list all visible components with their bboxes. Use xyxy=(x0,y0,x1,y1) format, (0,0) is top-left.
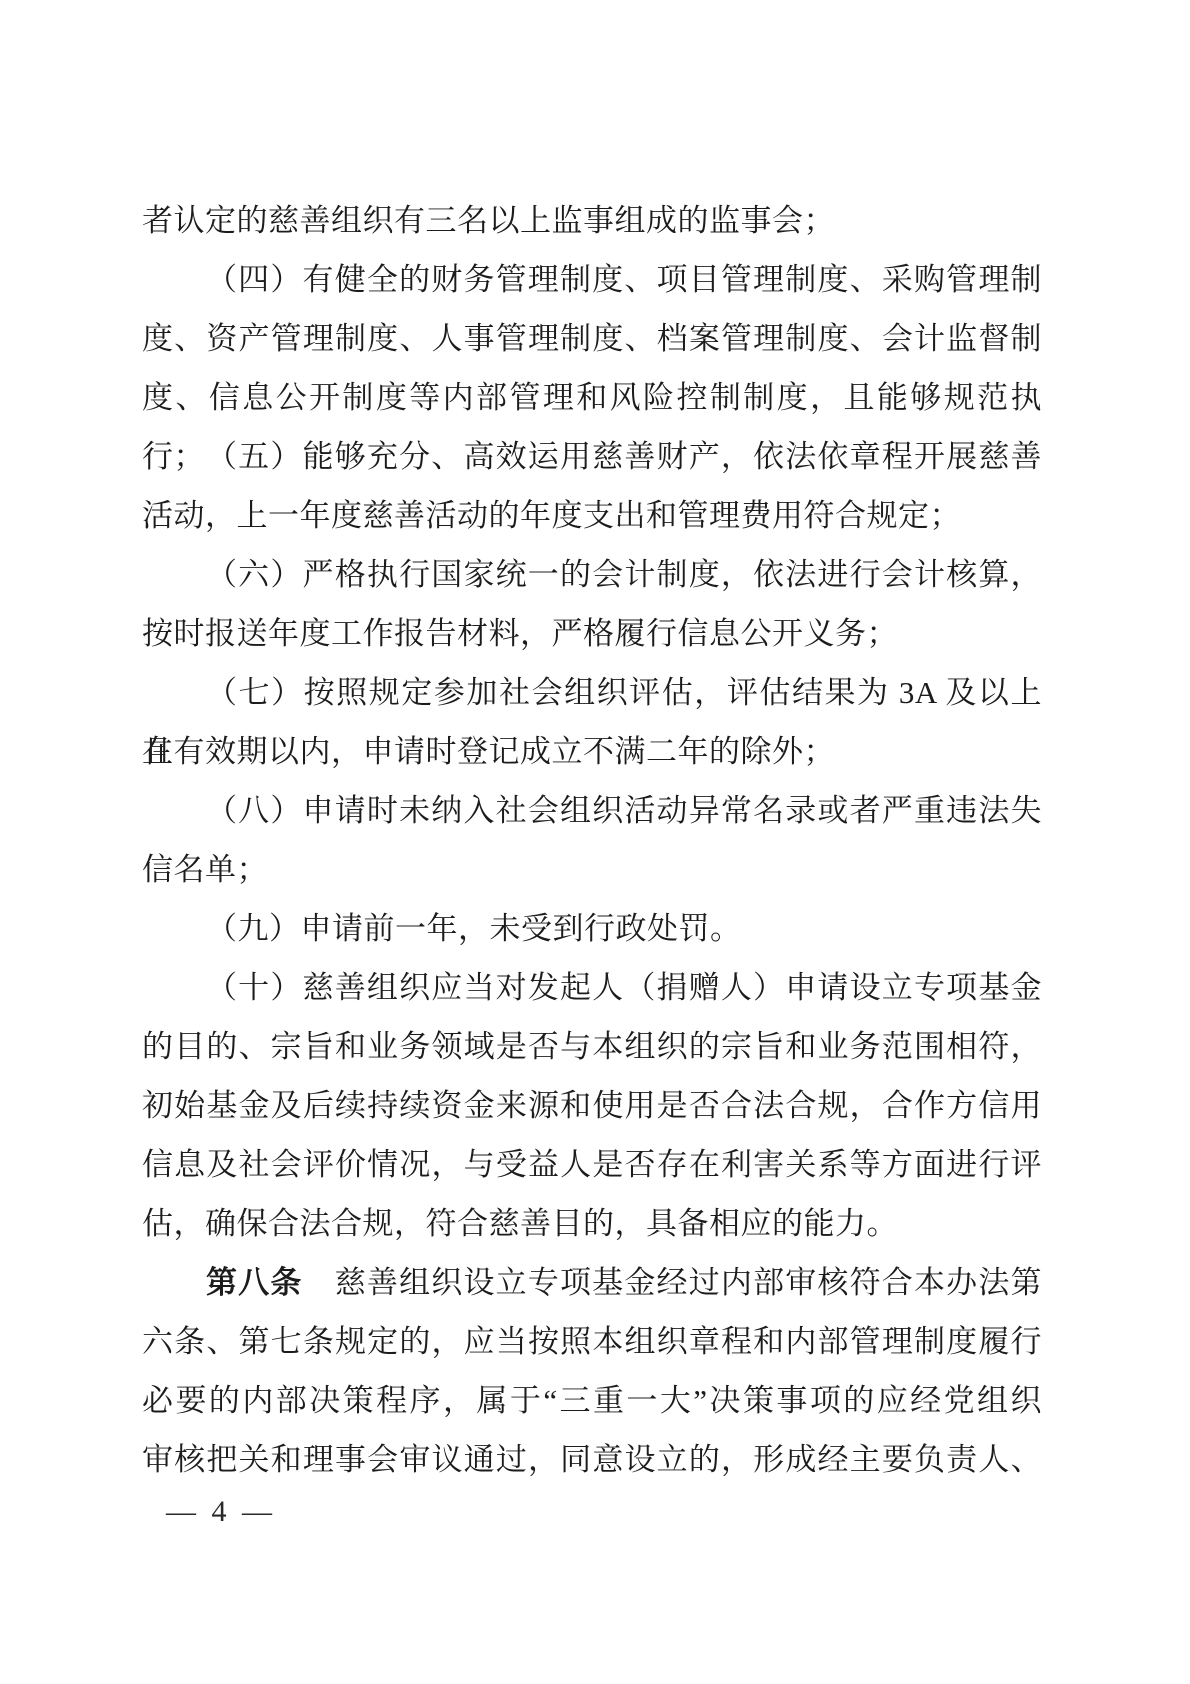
text-line: （五）能够充分、高效运用慈善财产，依法依章程开展慈善 xyxy=(142,427,1042,486)
text-line: （十）慈善组织应当对发起人（捐赠人）申请设立专项基金 xyxy=(142,958,1042,1017)
text-line: （四）有健全的财务管理制度、项目管理制度、采购管理制 xyxy=(142,250,1042,309)
article-number: 第八条 xyxy=(206,1265,303,1300)
document-page: 者认定的慈善组织有三名以上监事组成的监事会； （四）有健全的财务管理制度、项目管… xyxy=(0,0,1190,1684)
text-line: 信息及社会评价情况，与受益人是否存在利害关系等方面进行评 xyxy=(142,1135,1042,1194)
text-line: 必要的内部决策程序，属于“三重一大”决策事项的应经党组织 xyxy=(142,1371,1042,1430)
text-line: （九）申请前一年，未受到行政处罚。 xyxy=(142,899,1042,958)
text-line: 六条、第七条规定的，应当按照本组织章程和内部管理制度履行 xyxy=(142,1312,1042,1371)
document-body: 者认定的慈善组织有三名以上监事组成的监事会； （四）有健全的财务管理制度、项目管… xyxy=(142,191,1042,1489)
text-line: 者认定的慈善组织有三名以上监事组成的监事会； xyxy=(142,191,1042,250)
page-number: — 4 — xyxy=(166,1492,276,1532)
text-line: 信名单； xyxy=(142,840,1042,899)
text-line: （七）按照规定参加社会组织评估，评估结果为 3A 及以上且 xyxy=(142,663,1042,722)
text-line: 的目的、宗旨和业务领域是否与本组织的宗旨和业务范围相符， xyxy=(142,1017,1042,1076)
text-line-rest: 慈善组织设立专项基金经过内部审核符合本办法第 xyxy=(303,1265,1042,1300)
text-line: （六）严格执行国家统一的会计制度，依法进行会计核算， xyxy=(142,545,1042,604)
text-line: 活动，上一年度慈善活动的年度支出和管理费用符合规定； xyxy=(142,486,1042,545)
text-line: 审核把关和理事会审议通过，同意设立的，形成经主要负责人、 xyxy=(142,1430,1042,1489)
text-line: 按时报送年度工作报告材料，严格履行信息公开义务； xyxy=(142,604,1042,663)
text-line: 在有效期以内，申请时登记成立不满二年的除外； xyxy=(142,722,1042,781)
text-line: 初始基金及后续持续资金来源和使用是否合法合规，合作方信用 xyxy=(142,1076,1042,1135)
text-line: （八）申请时未纳入社会组织活动异常名录或者严重违法失 xyxy=(142,781,1042,840)
text-line: 度、信息公开制度等内部管理和风险控制制度，且能够规范执行； xyxy=(142,368,1042,427)
text-line: 第八条 慈善组织设立专项基金经过内部审核符合本办法第 xyxy=(142,1253,1042,1312)
text-line: 估，确保合法合规，符合慈善目的，具备相应的能力。 xyxy=(142,1194,1042,1253)
text-line: 度、资产管理制度、人事管理制度、档案管理制度、会计监督制 xyxy=(142,309,1042,368)
